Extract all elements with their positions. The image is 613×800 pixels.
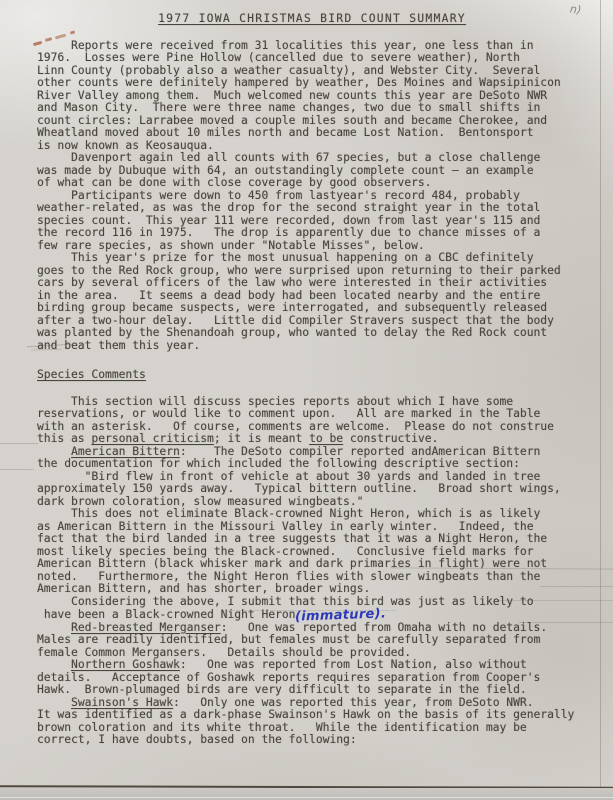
scanner-background-band xyxy=(0,788,613,800)
page-right-edge xyxy=(600,0,601,787)
document-blocks: 1977 IOWA CHRISTMAS BIRD COUNT SUMMARY R… xyxy=(0,0,613,747)
emphasis-personal-criticism: personal criticism xyxy=(91,432,213,445)
text-segment xyxy=(37,621,71,634)
northern-goshawk-entry: Northern Goshawk: One was reported from … xyxy=(37,659,587,697)
species-comments-heading: Species Comments xyxy=(37,369,587,382)
species-name-swainsons-hawk: Swainson's Hawk xyxy=(71,696,173,709)
text-segment xyxy=(37,658,71,671)
text-segment: constructive. xyxy=(343,432,438,445)
page-title-text: 1977 IOWA CHRISTMAS BIRD COUNT SUMMARY xyxy=(158,12,466,25)
section-intro-paragraph: This section will discuss species report… xyxy=(37,396,587,446)
intro-paragraph-3: Participants were down to 450 from lasty… xyxy=(37,190,587,253)
emphasis-to-be: to be xyxy=(309,432,343,445)
text-segment: Davenport again led all counts with 67 s… xyxy=(37,151,540,189)
page-title: 1977 IOWA CHRISTMAS BIRD COUNT SUMMARY xyxy=(37,13,587,26)
species-name-american-bittern: American Bittern xyxy=(71,445,180,458)
intro-paragraph-1: Reports were received from 31 localities… xyxy=(37,40,587,153)
intro-paragraph-4: This year's prize for the most unusual h… xyxy=(37,252,587,352)
red-breasted-merganser-entry: Red-breasted Merganser: One was reported… xyxy=(37,622,587,660)
text-segment: Participants were down to 450 from lasty… xyxy=(37,189,540,252)
swainsons-hawk-entry: Swainson's Hawk: Only one was reported t… xyxy=(37,697,587,747)
text-segment: Reports were received from 31 localities… xyxy=(37,39,561,152)
intro-paragraph-2: Davenport again led all counts with 67 s… xyxy=(37,152,587,190)
american-bittern-entry: American Bittern: The DeSoto compiler re… xyxy=(37,446,587,622)
species-name-red-breasted-merganser: Red-breasted Merganser xyxy=(71,621,221,634)
species-comments-heading-text: Species Comments xyxy=(37,368,146,381)
scanned-document-page: 1977 IOWA CHRISTMAS BIRD COUNT SUMMARY R… xyxy=(0,0,613,800)
text-segment: This year's prize for the most unusual h… xyxy=(37,251,561,352)
text-segment xyxy=(37,445,71,458)
text-segment: : The DeSoto compiler reported andAmeric… xyxy=(37,445,561,622)
text-segment: ; it is meant xyxy=(214,432,309,445)
pencil-corner-mark: n) xyxy=(569,2,582,16)
species-name-northern-goshawk: Northern Goshawk xyxy=(71,658,180,671)
handwritten-immature-note: (immature). xyxy=(295,607,387,623)
text-segment xyxy=(37,696,71,709)
